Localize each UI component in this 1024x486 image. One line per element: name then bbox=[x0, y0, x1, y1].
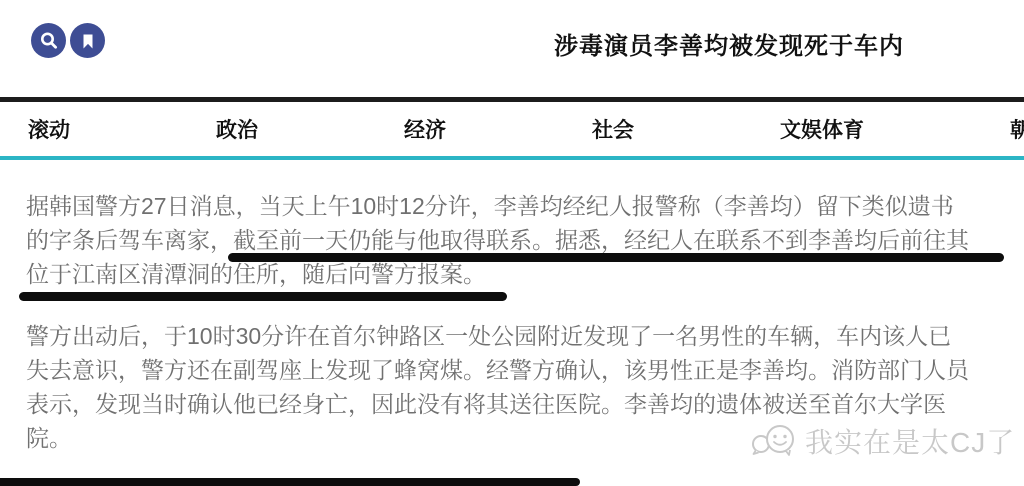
article-paragraph-1: 据韩国警方27日消息，当天上午10时12分许，李善均经纪人报警称（李善均）留下类… bbox=[26, 189, 1011, 291]
paragraph-line: 警方出动后，于10时30分许在首尔钟路区一处公园附近发现了一名男性的车辆，车内该… bbox=[26, 319, 1011, 353]
nav-tab-scroll[interactable]: 滚动 bbox=[28, 114, 70, 144]
highlight-underline-2 bbox=[19, 292, 507, 301]
bookmark-button[interactable] bbox=[70, 23, 105, 58]
page-title: 涉毒演员李善均被发现死于车内 bbox=[554, 26, 904, 61]
nav-bar: 滚动 政治 经济 社会 文娱体育 朝鲜 bbox=[0, 97, 1024, 160]
chat-bubbles-face-icon bbox=[750, 421, 798, 461]
paragraph-line: 据韩国警方27日消息，当天上午10时12分许，李善均经纪人报警称（李善均）留下类… bbox=[26, 189, 1011, 223]
nav-tab-politics[interactable]: 政治 bbox=[216, 114, 258, 144]
search-button[interactable] bbox=[31, 23, 66, 58]
watermark: 我实在是太CJ了 bbox=[750, 421, 1015, 461]
search-icon bbox=[38, 30, 60, 52]
nav-tab-society[interactable]: 社会 bbox=[592, 114, 634, 144]
bookmark-icon bbox=[77, 30, 99, 52]
nav-tab-economy[interactable]: 经济 bbox=[404, 114, 446, 144]
paragraph-line: 失去意识，警方还在副驾座上发现了蜂窝煤。经警方确认，该男性正是李善均。消防部门人… bbox=[26, 353, 1011, 387]
highlight-underline-bottom bbox=[0, 478, 580, 486]
watermark-text: 我实在是太CJ了 bbox=[805, 421, 1015, 461]
nav-tab-north-korea[interactable]: 朝鲜 bbox=[1010, 114, 1024, 144]
paragraph-line: 位于江南区清潭洞的住所，随后向警方报案。 bbox=[26, 257, 1011, 291]
nav-tab-entertainment[interactable]: 文娱体育 bbox=[780, 114, 864, 144]
paragraph-line: 表示，发现当时确认他已经身亡，因此没有将其送往医院。李善均的遗体被送至首尔大学医 bbox=[26, 387, 1011, 421]
paragraph-line: 的字条后驾车离家，截至前一天仍能与他取得联系。据悉，经纪人在联系不到李善均后前往… bbox=[26, 223, 1011, 257]
highlight-underline-1 bbox=[228, 253, 1004, 262]
